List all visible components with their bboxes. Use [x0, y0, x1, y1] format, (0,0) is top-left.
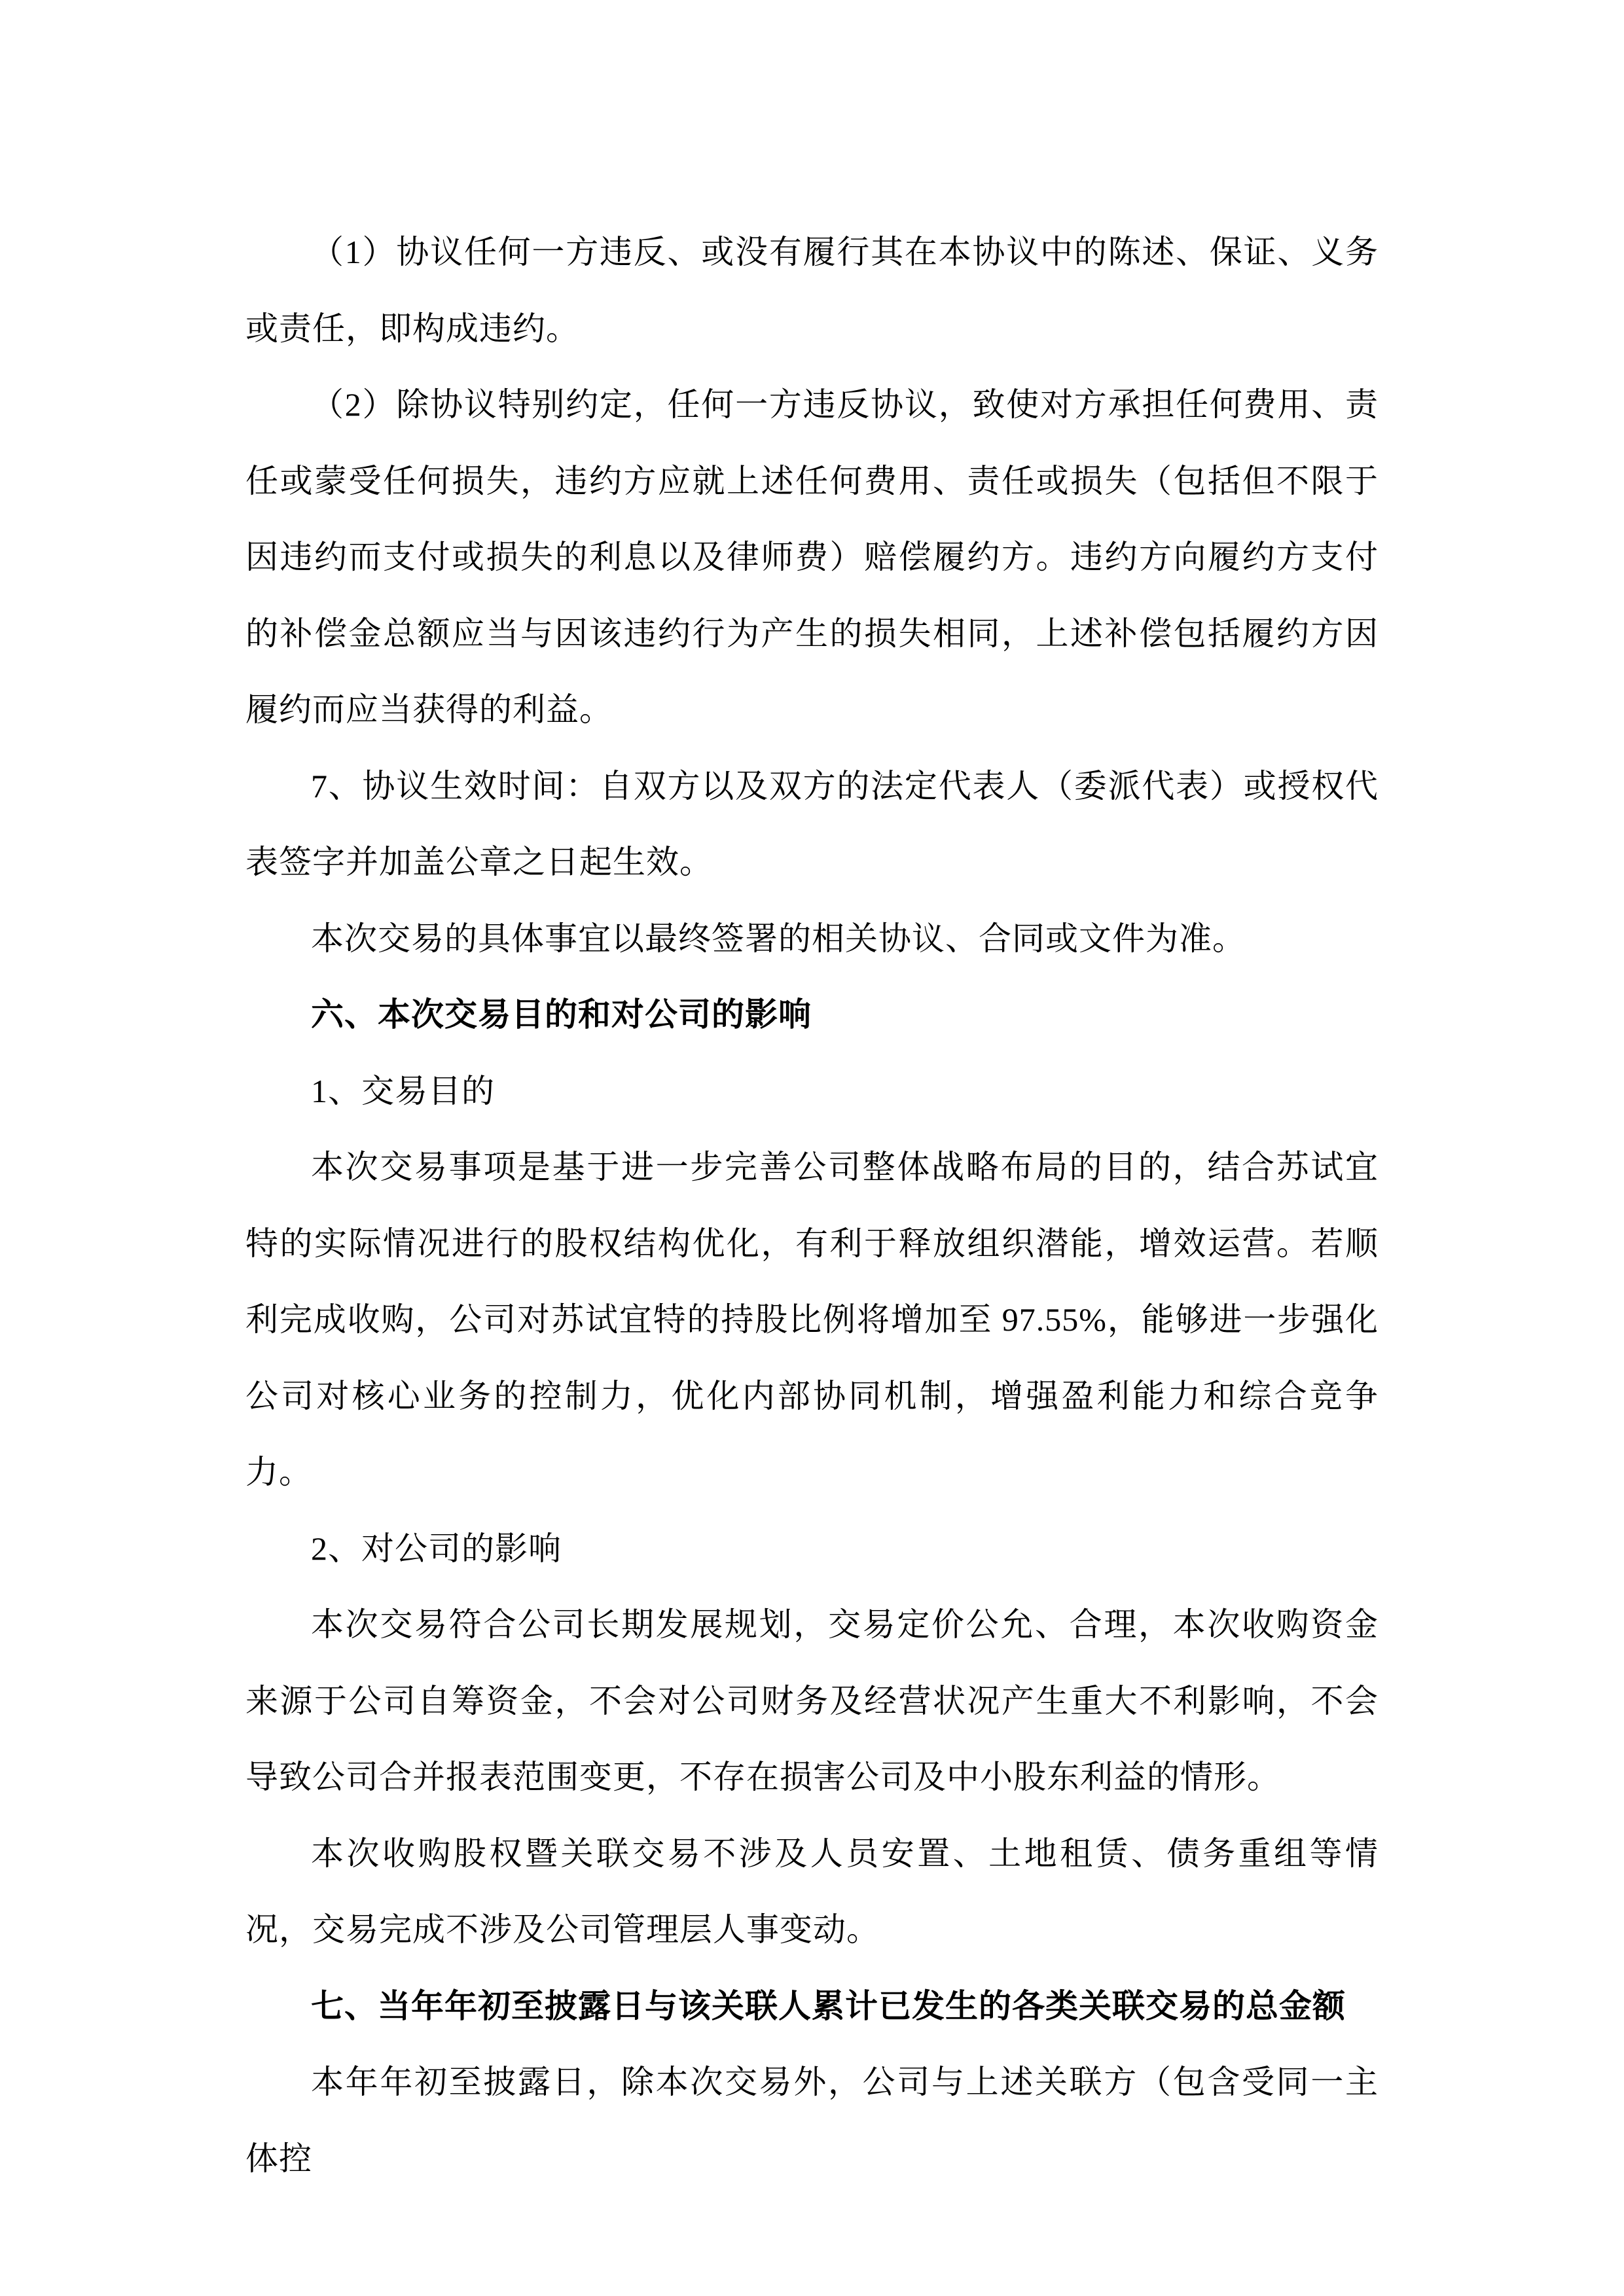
item-2-company-impact-subhead: 2、对公司的影响 [245, 1511, 1379, 1587]
company-impact-paragraph: 本次交易符合公司长期发展规划，交易定价公允、合理，本次收购资金来源于公司自筹资金… [245, 1587, 1379, 1816]
clause-2-breach-compensation: （2）除协议特别约定，任何一方违反协议，致使对方承担任何费用、责任或蒙受任何损失… [245, 367, 1379, 748]
document-text-block: （1）协议任何一方违反、或没有履行其在本协议中的陈述、保证、义务或责任，即构成违… [245, 214, 1379, 2197]
item-7-agreement-effective-time: 7、协议生效时间：自双方以及双方的法定代表人（委派代表）或授权代表签字并加盖公章… [245, 748, 1379, 901]
section-6-heading: 六、本次交易目的和对公司的影响 [245, 977, 1379, 1053]
document-page: （1）协议任何一方违反、或没有履行其在本协议中的陈述、保证、义务或责任，即构成违… [0, 0, 1624, 2296]
final-agreement-note: 本次交易的具体事宜以最终签署的相关协议、合同或文件为准。 [245, 901, 1379, 977]
item-1-transaction-purpose-subhead: 1、交易目的 [245, 1053, 1379, 1130]
section-7-heading: 七、当年年初至披露日与该关联人累计已发生的各类关联交易的总金额 [245, 1968, 1379, 2045]
clause-1-breach-definition: （1）协议任何一方违反、或没有履行其在本协议中的陈述、保证、义务或责任，即构成违… [245, 214, 1379, 367]
ytd-related-transactions-paragraph: 本年年初至披露日，除本次交易外，公司与上述关联方（包含受同一主体控 [245, 2044, 1379, 2197]
no-personnel-change-paragraph: 本次收购股权暨关联交易不涉及人员安置、土地租赁、债务重组等情况，交易完成不涉及公… [245, 1816, 1379, 1968]
transaction-purpose-paragraph: 本次交易事项是基于进一步完善公司整体战略布局的目的，结合苏试宜特的实际情况进行的… [245, 1129, 1379, 1511]
